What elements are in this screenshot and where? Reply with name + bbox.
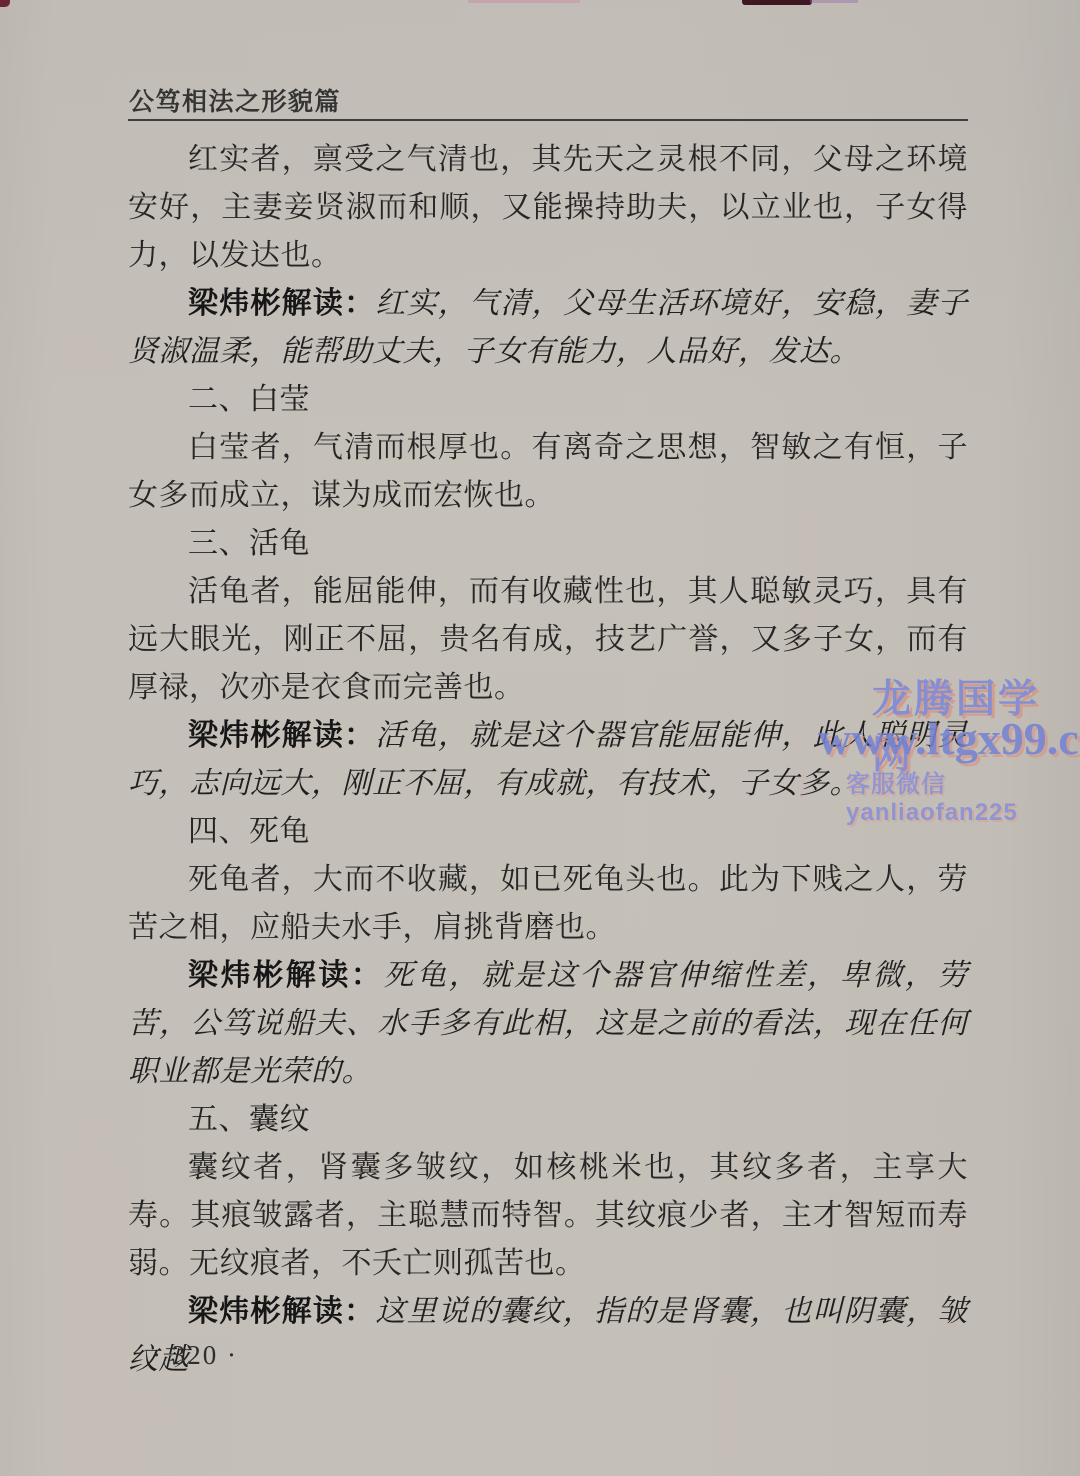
section-heading-nangwen: 五、囊纹: [128, 1096, 968, 1144]
paragraph-sigui: 死龟者，大而不收藏，如已死龟头也。此为下贱之人，劳苦之相，应船夫水手，肩挑背磨也…: [128, 856, 968, 952]
section-heading-sigui: 四、死龟: [128, 808, 968, 856]
scan-artifact-top-right-trail: [810, 0, 858, 3]
scanned-book-page: { "page": { "header": { "title": "公笃相法之形…: [0, 0, 1080, 1476]
scan-artifact-top-center: [468, 0, 580, 3]
page-body-text: 红实者，禀受之气清也，其先天之灵根不同，父母之环境安好，主妻妾贤淑而和顺，又能操…: [128, 136, 968, 1384]
paragraph-jiedu-nangwen: 梁炜彬解读：这里说的囊纹，指的是肾囊，也叫阴囊，皱纹越: [128, 1288, 968, 1384]
header-divider: [128, 119, 968, 121]
section-heading-baiying: 二、白莹: [128, 376, 968, 424]
paragraph-baiying: 白莹者，气清而根厚也。有离奇之思想，智敏之有恒，子女多而成立，谋为成而宏恢也。: [128, 424, 968, 520]
jiedu-prefix-label: 梁炜彬解读：: [188, 959, 384, 992]
paragraph-jiedu-sigui: 梁炜彬解读：死龟，就是这个器官伸缩性差，卑微，劳苦，公笃说船夫、水手多有此相，这…: [128, 952, 968, 1096]
jiedu-prefix-label: 梁炜彬解读：: [188, 719, 375, 752]
scan-artifact-top-right: [742, 0, 812, 5]
page-header-title: 公笃相法之形貌篇: [129, 82, 341, 118]
paragraph-jiedu-huogui: 梁炜彬解读：活龟，就是这个器官能屈能伸，此人聪明灵巧，志向远大，刚正不屈，有成就…: [128, 712, 968, 808]
paragraph-jiedu-hongshi: 梁炜彬解读：红实，气清，父母生活环境好，安稳，妻子贤淑温柔，能帮助丈夫，子女有能…: [128, 280, 968, 376]
paragraph-hongshi: 红实者，禀受之气清也，其先天之灵根不同，父母之环境安好，主妻妾贤淑而和顺，又能操…: [128, 136, 968, 280]
section-heading-huogui: 三、活龟: [128, 520, 968, 568]
paragraph-nangwen: 囊纹者，肾囊多皱纹，如核桃米也，其纹多者，主享大寿。其痕皱露者，主聪慧而特智。其…: [128, 1144, 968, 1288]
jiedu-prefix-label: 梁炜彬解读：: [188, 1295, 375, 1328]
jiedu-prefix-label: 梁炜彬解读：: [188, 287, 375, 320]
page-number: · 320 ·: [152, 1340, 238, 1371]
scan-artifact-top-left: [0, 0, 10, 7]
paragraph-huogui: 活龟者，能屈能伸，而有收藏性也，其人聪敏灵巧，具有远大眼光，刚正不屈，贵名有成，…: [128, 568, 968, 712]
